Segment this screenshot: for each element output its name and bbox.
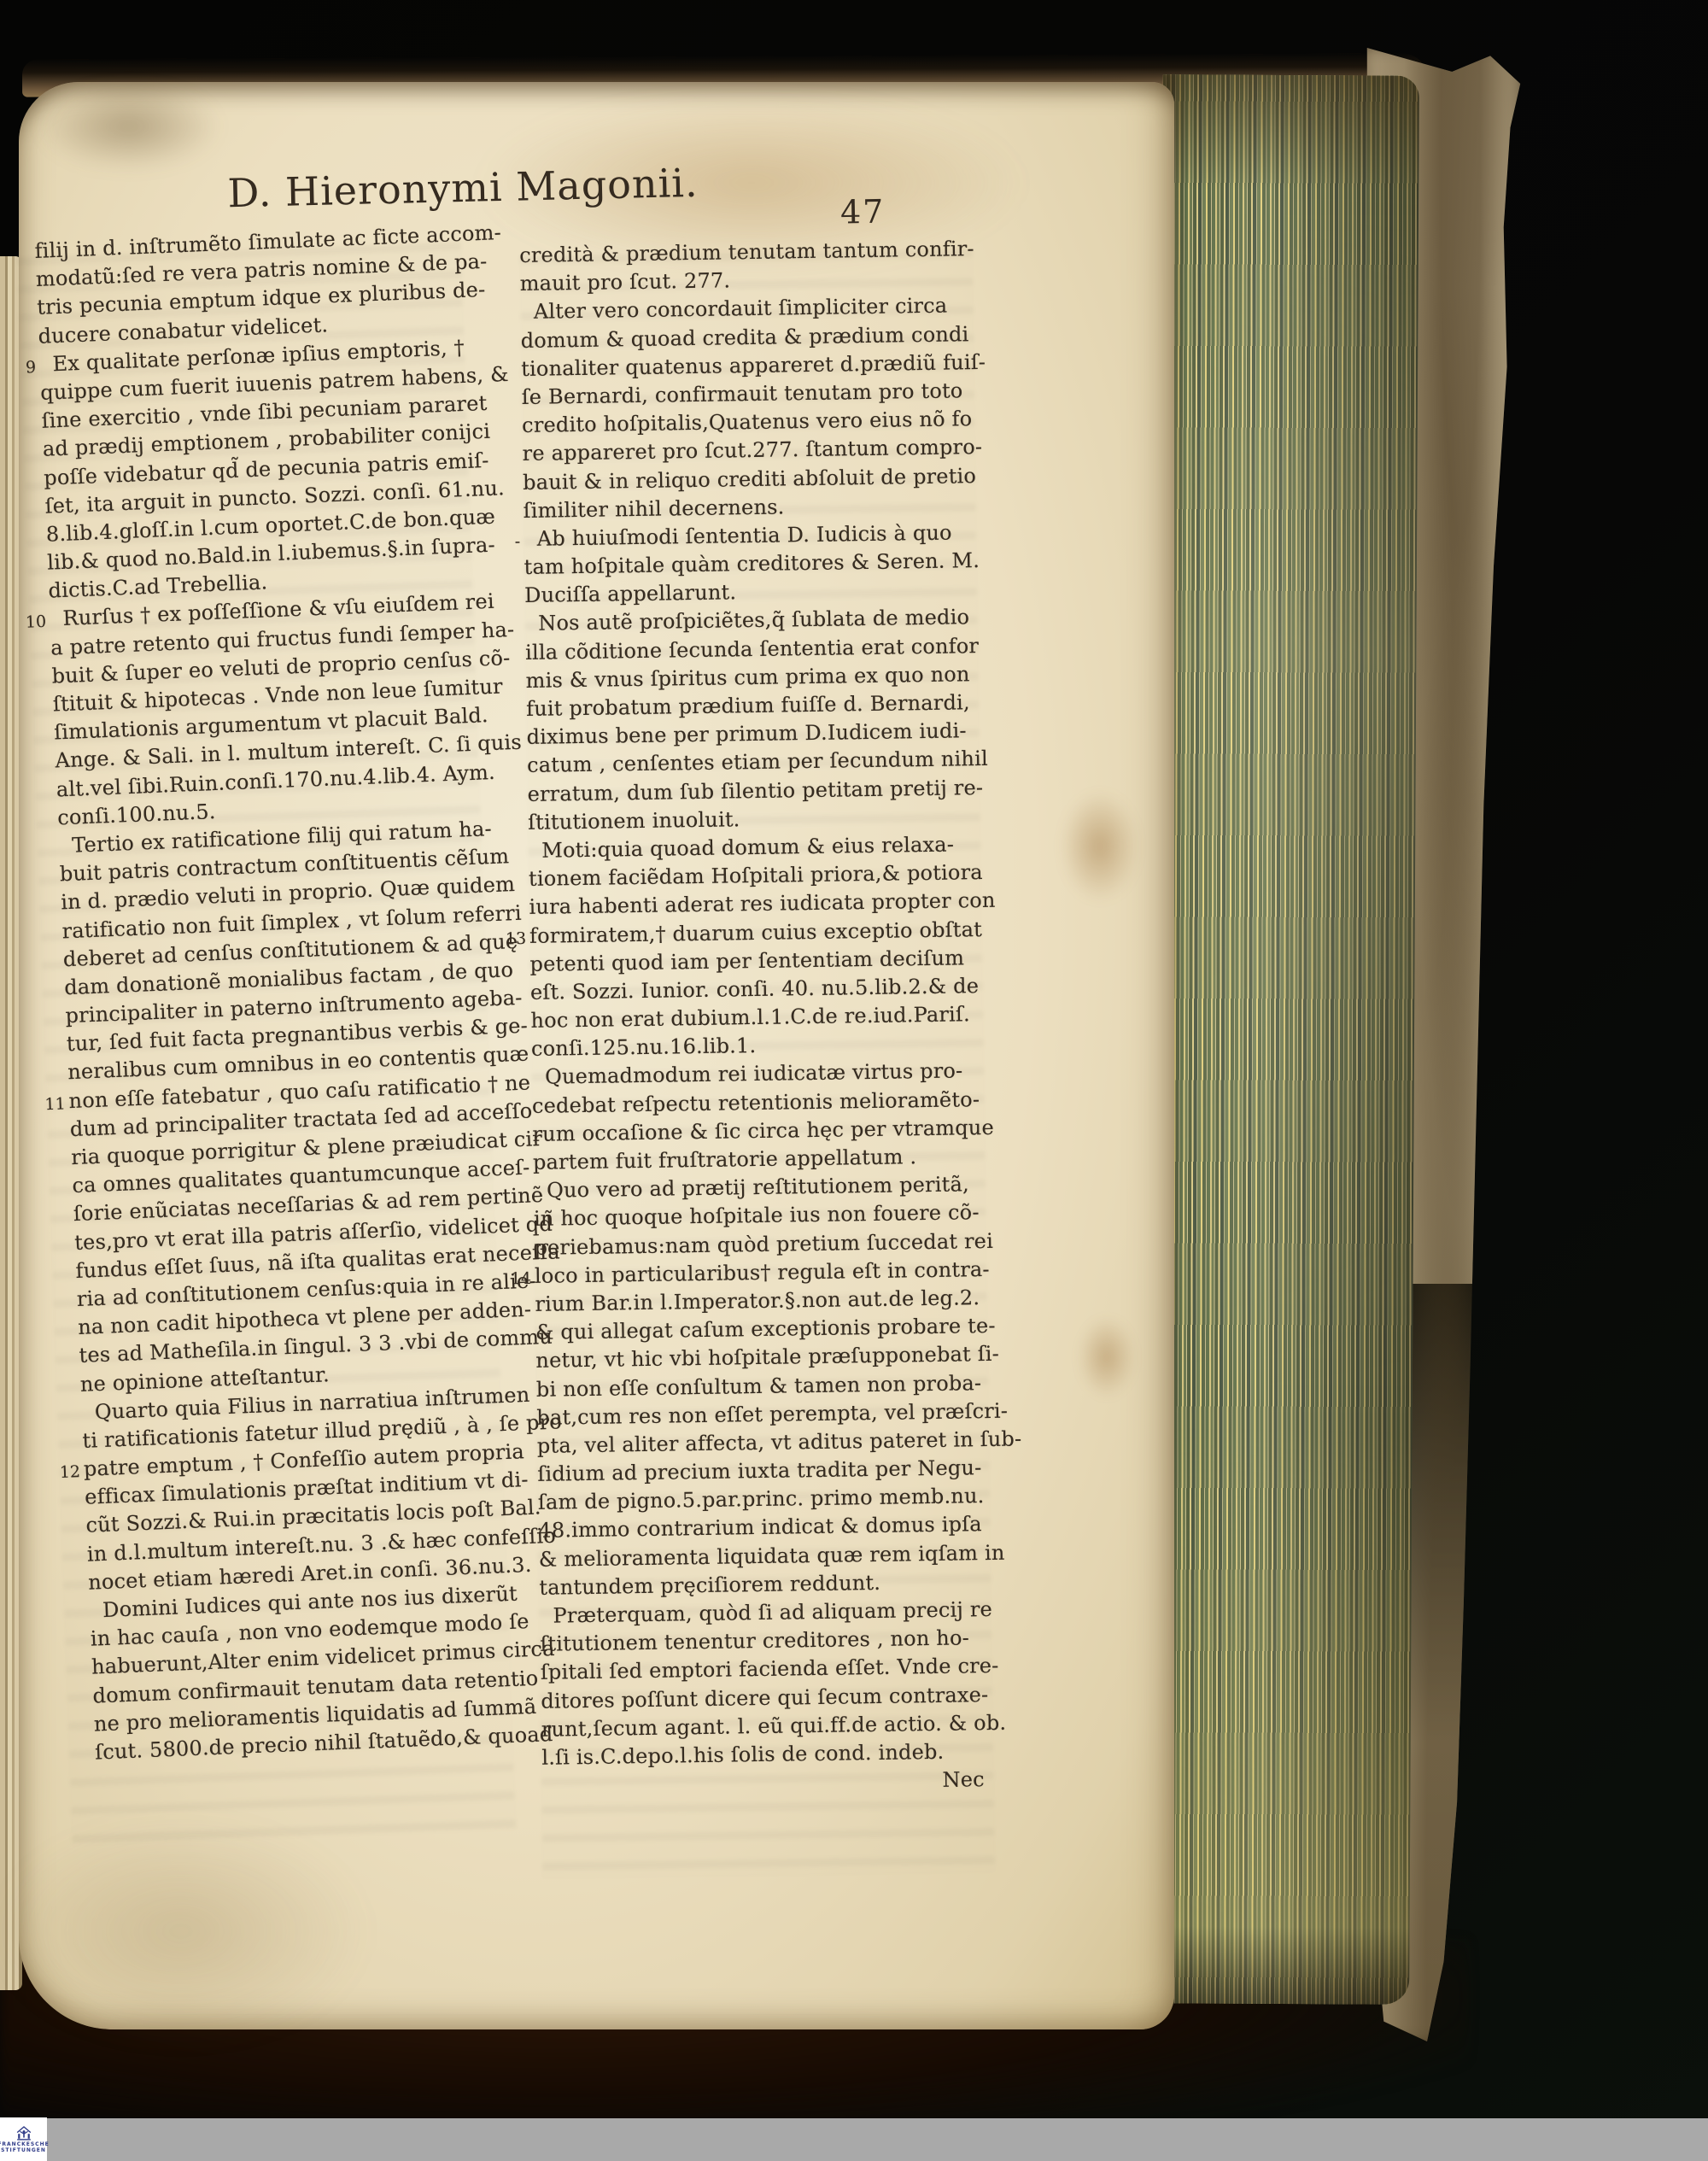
line-text: ſtitutionem inuoluit.: [528, 807, 740, 835]
line-text: formiratem,† duarum cuius exceptio obſta…: [529, 917, 982, 948]
margin-number: 13: [502, 924, 526, 953]
left-column: filij in d. inſtrumẽto ſimulate ac ficte…: [34, 219, 563, 1767]
viewer-footer-bar: FRANCKESCHE STIFTUNGEN: [0, 2118, 1708, 2161]
line-text: Nec: [942, 1767, 985, 1792]
fore-edge-page-stack: [1153, 74, 1419, 2005]
margin-number: 9: [11, 354, 36, 383]
library-logo-line1: FRANCKESCHE: [0, 2141, 50, 2147]
line-text: Nos autẽ proſpiciẽtes,q̃ ſublata de medi…: [524, 606, 969, 636]
line-text: rum occaſione & ſic circa hęc per vtramq…: [532, 1116, 994, 1146]
line-text: & qui allegat caſum exceptionis probare …: [535, 1314, 996, 1344]
line-text: tantundem pręciſiorem reddunt.: [539, 1571, 880, 1600]
text-line: Nec: [542, 1766, 1014, 1801]
line-text: iura habenti aderat res iudicata propter…: [529, 888, 995, 919]
line-text: petenti quod iam per ſententiam deciſum: [529, 946, 964, 976]
page-number: 47: [840, 193, 886, 231]
line-text: in hoc quoque hoſpitale ius non fouere c…: [534, 1201, 980, 1232]
line-text: ſam de pigno.5.par.princ. primo memb.nu.: [538, 1484, 985, 1514]
line-text: 48.immo contrarium indicat & domus ipſa: [538, 1513, 982, 1543]
line-text: netur, vt hic vbi hoſpitale præſupponeba…: [535, 1342, 999, 1373]
library-logo: FRANCKESCHE STIFTUNGEN: [0, 2117, 47, 2161]
book-page: D. Hieronymi Magonii. 47 filij in d. inſ…: [19, 82, 1174, 2029]
line-text: runt,ſecum agant. l. eũ qui.ff.de actio.…: [541, 1710, 1007, 1741]
margin-number: -: [496, 528, 520, 557]
margin-number: 14: [507, 1265, 531, 1294]
running-title: D. Hieronymi Magonii.: [213, 158, 712, 217]
margin-number: 12: [56, 1458, 80, 1487]
line-text: loco in particularibus† regula eſt in co…: [535, 1257, 990, 1288]
line-text: tionaliter quatenus appareret d.prædiũ f…: [521, 350, 986, 381]
line-text: pta, vel aliter affecta, vt aditus pater…: [537, 1426, 1022, 1457]
line-text: credità & prædium tenutam tantum confir-: [519, 237, 974, 267]
line-text: Duciſſa appellarunt.: [524, 581, 736, 608]
line-text: bauit & in reliquo crediti abſoluit de p…: [523, 464, 976, 495]
line-text: erratum, dum ſub ſilentio petitam pretij…: [527, 776, 983, 806]
right-column: credità & prædium tenutam tantum confir-…: [519, 235, 1014, 1801]
line-text: cedebat reſpectu retentionis melioramẽto…: [532, 1087, 980, 1118]
line-text: ditores poſſunt dicere qui ſecum contrax…: [541, 1683, 988, 1713]
line-text: hoc non erat dubium.l.1.C.de re.iud.Pari…: [530, 1002, 970, 1033]
line-text: l.ſi is.C.depo.l.his ſolis de cond. inde…: [541, 1740, 944, 1770]
page-stain: [39, 84, 219, 169]
line-text: ſidium ad precium iuxta tradita per Negu…: [537, 1455, 981, 1486]
line-text: fuit probatum prædium fuiſſe d. Bernardi…: [526, 690, 970, 721]
line-text: illa cõditione ſecunda ſententia erat co…: [525, 634, 979, 665]
line-text: Præterquam, quòd ſi ad aliquam precij re: [540, 1597, 992, 1628]
page-stain: [1078, 1316, 1136, 1398]
line-text: ſtitutionem tenentur creditores , non ho…: [540, 1626, 969, 1656]
page-stain: [1061, 791, 1139, 902]
line-text: conſi.125.nu.16.lib.1.: [531, 1034, 757, 1061]
line-text: & melioramenta liquidata quæ rem iqſam i…: [539, 1540, 1005, 1571]
line-text: domum & quoad credita & prædium condi: [521, 322, 969, 353]
line-text: partem fuit fruſtratorie appellatum .: [533, 1145, 917, 1174]
line-text: tionem faciẽdam Hoſpitali priora,& potio…: [529, 860, 983, 891]
line-text: mauit pro ſcut. 277.: [520, 269, 731, 296]
line-text: ſimiliter nihil decernens.: [523, 495, 784, 523]
line-text: rium Bar.in l.Imperator.§.non aut.de leg…: [535, 1285, 980, 1316]
line-text: ſpitali ſed emptori facienda eſſet. Vnde…: [541, 1654, 999, 1684]
line-text: credito hoſpitalis,Quatenus vero eius nõ…: [522, 407, 973, 437]
line-text: Quo vero ad prætij reſtitutionem peritã,: [533, 1172, 969, 1203]
line-text: tam hoſpitale quàm creditores & Seren. M…: [524, 548, 980, 579]
line-text: bat,cum res non eſſet perempta, vel præſ…: [536, 1398, 1008, 1429]
line-text: conſi.100.nu.5.: [57, 799, 216, 829]
page-stain: [2, 1824, 360, 2038]
scan-background: D. Hieronymi Magonii. 47 filij in d. inſ…: [0, 0, 1708, 2161]
line-text: mis & vnus ſpiritus cum prima ex quo non: [525, 662, 969, 693]
franckesche-stiftungen-icon: [16, 2125, 32, 2141]
line-text: Alter vero concordauit ſimpliciter circa: [520, 294, 948, 324]
library-logo-text: FRANCKESCHE STIFTUNGEN: [0, 2141, 50, 2153]
line-text: bi non eſſe conſultum & tamen non proba-: [536, 1371, 982, 1402]
line-text: diximus bene per primum D.Iudicem iudi-: [526, 718, 967, 749]
line-text: catum , cenſentes etiam per ſecundum nih…: [527, 747, 988, 777]
line-text: eſt. Sozzi. Iunior. conſi. 40. nu.5.lib.…: [530, 974, 979, 1004]
margin-number: 11: [41, 1090, 66, 1119]
library-logo-line2: STIFTUNGEN: [1, 2147, 46, 2153]
line-text: re appareret pro ſcut.277. ſtantum compr…: [522, 435, 982, 466]
line-text: periebamus:nam quòd pretium ſuccedat rei: [534, 1228, 993, 1259]
line-text: Ab huiuſmodi ſententia D. Iudicis à quo: [524, 520, 952, 550]
line-text: ſe Bernardi, confirmauit tenutam pro tot…: [521, 378, 962, 409]
line-text: Moti:quia quoad domum & eius relaxa-: [528, 832, 954, 862]
line-text: Quemadmodum rei iudicatæ virtus pro-: [531, 1059, 962, 1089]
margin-number: 10: [21, 608, 46, 637]
